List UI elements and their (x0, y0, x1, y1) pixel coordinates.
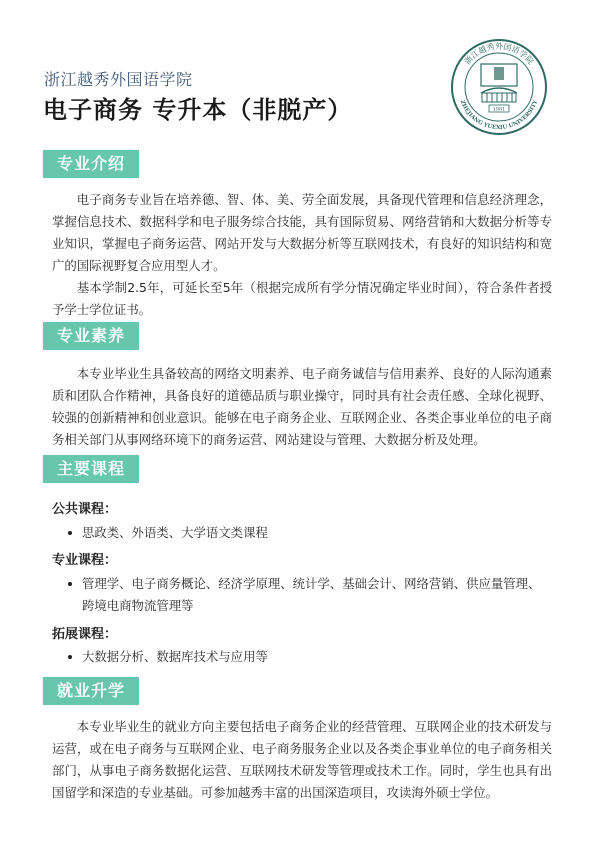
course-group-label: 公共课程： (52, 498, 117, 517)
career-text: 本专业毕业生的就业方向主要包括电子商务企业的经营管理、互联网企业的技术研发与运营… (52, 716, 552, 804)
career-paragraph: 本专业毕业生的就业方向主要包括电子商务企业的经营管理、互联网企业的技术研发与运营… (52, 716, 552, 804)
intro-paragraph: 基本学制2.5年，可延长至5年（根据完成所有学分情况确定毕业时间），符合条件者授… (52, 277, 552, 321)
bullet-icon (68, 655, 72, 659)
course-item: 思政类、外语类、大学语文类课程 (66, 522, 552, 544)
bullet-icon (68, 582, 72, 586)
school-name: 浙江越秀外国语学院 (44, 67, 193, 90)
course-group-label: 专业课程： (52, 549, 117, 568)
seal-year: 1981 (493, 107, 506, 113)
bullet-icon (68, 531, 72, 535)
intro-text: 电子商务专业旨在培养德、智、体、美、劳全面发展，具备现代管理和信息经济理念，掌握… (52, 189, 552, 321)
svg-text:浙江越秀外国语学院: 浙江越秀外国语学院 (462, 41, 535, 66)
seal-bottom-text: ZHEJIANG YUEXIU UNIVERSITY (459, 100, 539, 131)
course-item: 管理学、电子商务概论、经济学原理、统计学、基础会计、网络营销、供应量管理、跨境电… (66, 573, 552, 617)
section-header-career: 就业升学 (43, 677, 139, 705)
program-title: 电子商务 专升本（非脱产） (43, 90, 352, 125)
intro-paragraph: 电子商务专业旨在培养德、智、体、美、劳全面发展，具备现代管理和信息经济理念，掌握… (52, 189, 552, 277)
svg-text:ZHEJIANG YUEXIU UNIVERSITY: ZHEJIANG YUEXIU UNIVERSITY (459, 100, 539, 131)
course-item: 大数据分析、数据库技术与应用等 (66, 646, 552, 668)
seal-top-text: 浙江越秀外国语学院 (462, 41, 535, 66)
section-header-intro: 专业介绍 (43, 150, 139, 178)
section-header-literacy: 专业素养 (43, 322, 139, 350)
university-seal-icon: 浙江越秀外国语学院 ZHEJIANG YUEXIU UNIVERSITY 198… (449, 37, 549, 137)
literacy-paragraph: 本专业毕业生具备较高的网络文明素养、电子商务诚信与信用素养、良好的人际沟通素质和… (52, 363, 552, 451)
course-group-label: 拓展课程： (52, 623, 117, 642)
section-header-courses: 主要课程 (43, 455, 139, 483)
literacy-text: 本专业毕业生具备较高的网络文明素养、电子商务诚信与信用素养、良好的人际沟通素质和… (52, 363, 552, 451)
